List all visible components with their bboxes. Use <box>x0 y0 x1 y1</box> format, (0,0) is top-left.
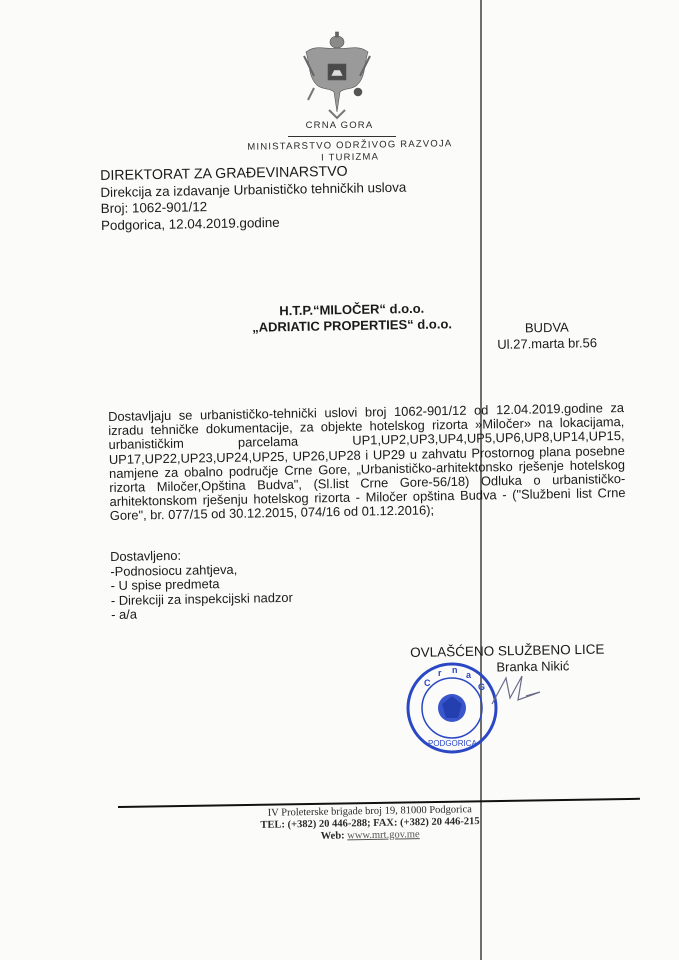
delivered-list: Dostavljeno: -Podnosiocu zahtjeva, - U s… <box>110 547 293 623</box>
fax-label: FAX: <box>373 818 397 829</box>
svg-text:C: C <box>424 678 431 688</box>
svg-text:G: G <box>478 682 485 692</box>
stamp-city: PODGORICA <box>428 739 478 748</box>
letterhead-divider <box>288 136 396 137</box>
recipient-street: Ul.27.marta br.56 <box>488 335 606 353</box>
country-name: CRNA GORA <box>0 120 679 131</box>
website-link[interactable]: www.mrt.gov.me <box>347 829 420 841</box>
recipient-address: BUDVA Ul.27.marta br.56 <box>488 319 607 353</box>
coat-of-arms-icon <box>296 30 378 122</box>
tel-label: TEL: <box>260 819 285 830</box>
handwritten-signature-icon <box>488 670 558 710</box>
recipient-companies: H.T.P.“MILOČER“ d.o.o. „ADRIATIC PROPERT… <box>252 300 452 334</box>
letter-body: Dostavljaju se urbanističko-tehnički usl… <box>108 401 626 524</box>
ministry-name: MINISTARSTVO ODRŽIVOG RAZVOJA I TURIZMA <box>230 138 470 166</box>
web-label: Web: <box>321 830 345 841</box>
tel-number: (+382) 20 446-288; <box>287 818 370 830</box>
sender-header: DIREKTORAT ZA GRAĐEVINARSTVO Direkcija z… <box>100 163 407 234</box>
fax-number: (+382) 20 446-215 <box>400 816 480 828</box>
recipient-company-2: „ADRIATIC PROPERTIES“ d.o.o. <box>252 316 452 335</box>
footer-contact: IV Proleterske brigade broj 19, 81000 Po… <box>250 804 491 844</box>
signer-title: OVLAŠĆENO SLUŽBENO LICE <box>410 642 605 661</box>
